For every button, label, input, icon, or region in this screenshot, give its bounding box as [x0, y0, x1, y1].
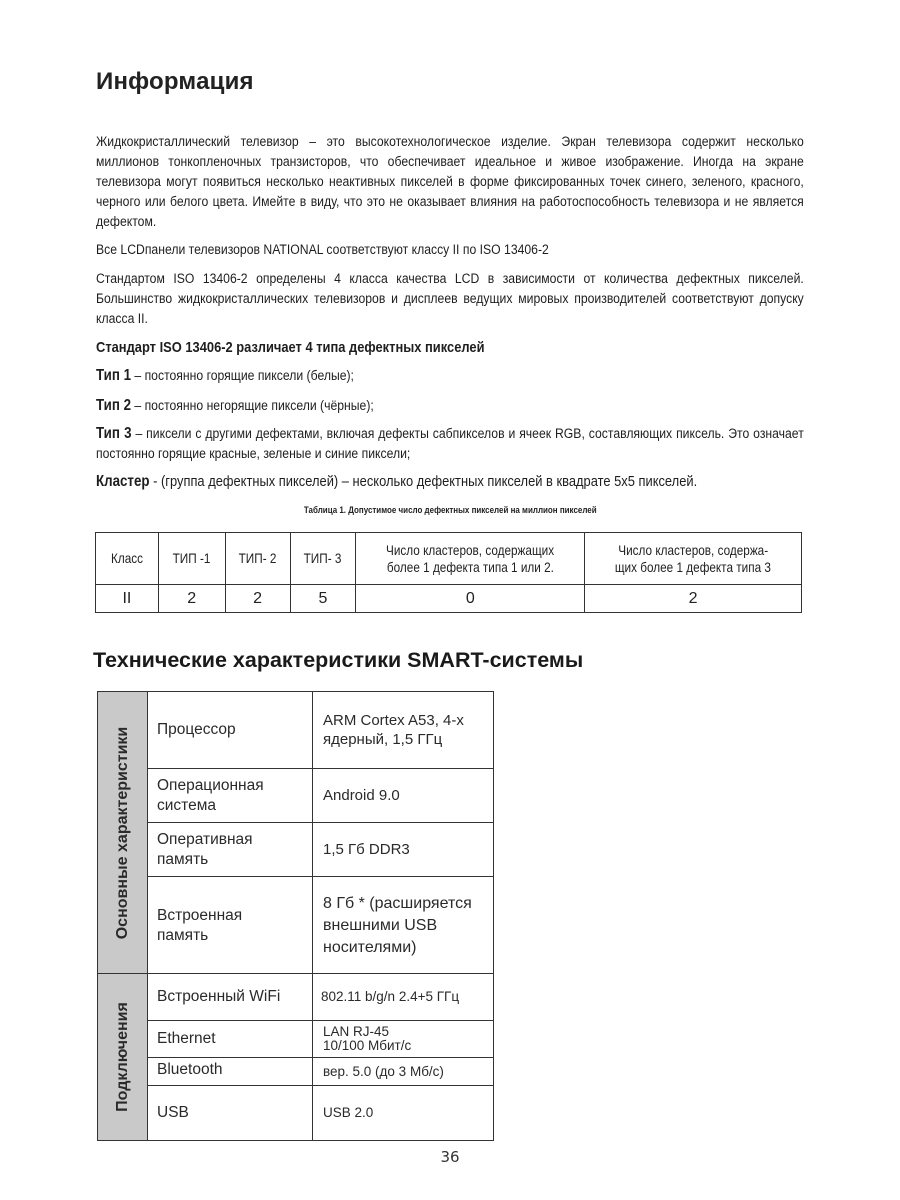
defects-table: Класс ТИП -1 ТИП- 2 ТИП- 3 Число кластер…	[95, 532, 802, 613]
spec-key: Оперативная память	[148, 823, 313, 876]
spec-value: Android 9.0	[313, 769, 493, 822]
spec-group-connections: Подключения Встроенный WiFi 802.11 b/g/n…	[98, 974, 493, 1140]
cluster-text: - (группа дефектных пикселей) – нескольк…	[150, 473, 698, 490]
header-cell: ТИП- 3	[290, 533, 356, 585]
header-cell: ТИП -1	[158, 533, 225, 585]
table-cell: 0	[356, 585, 585, 613]
header-cell: Класс	[96, 533, 159, 585]
spec-key: Встроенный WiFi	[148, 974, 313, 1020]
standard-heading: Стандарт ISO 13406-2 различает 4 типа де…	[96, 338, 804, 358]
table-caption: Таблица 1. Допустимое число дефектных пи…	[0, 505, 900, 516]
table-header-row: Класс ТИП -1 ТИП- 2 ТИП- 3 Число кластер…	[96, 533, 802, 585]
section-title: Технические характеристики SMART-системы	[93, 648, 583, 673]
spec-key: USB	[148, 1086, 313, 1140]
table-cell: 5	[290, 585, 356, 613]
spec-row: Встроенный WiFi 802.11 b/g/n 2.4+5 ГГц	[148, 974, 493, 1021]
cluster-label: Кластер	[96, 473, 150, 490]
spec-value: LAN RJ-45 10/100 Мбит/с	[313, 1021, 493, 1057]
spec-value: вер. 5.0 (до 3 Мб/с)	[313, 1058, 493, 1085]
table-cell: 2	[585, 585, 802, 613]
group-label-cell: Подключения	[98, 974, 148, 1140]
type-2-item: Тип 2 – постоянно негорящие пиксели (чёр…	[96, 396, 804, 416]
header-cell: Число кластеров, содержа- щих более 1 де…	[585, 533, 802, 585]
spec-value: 8 Гб * (расширяется внешними USB носител…	[313, 877, 493, 974]
spec-value: 1,5 Гб DDR3	[313, 823, 493, 876]
standard-paragraph: Стандартом ISO 13406-2 определены 4 клас…	[96, 269, 804, 329]
spec-key: Ethernet	[148, 1021, 313, 1057]
table-row: II 2 2 5 0 2	[96, 585, 802, 613]
type-1-item: Тип 1 – постоянно горящие пиксели (белые…	[96, 366, 804, 386]
header-cell: ТИП- 2	[225, 533, 290, 585]
table-cell: 2	[225, 585, 290, 613]
spec-row: Встроенная память 8 Гб * (расширяется вн…	[148, 877, 493, 974]
type-3-text: – пиксели с другими дефектами, включая д…	[96, 426, 804, 462]
spec-table: Основные характеристики Процессор ARM Co…	[97, 691, 494, 1141]
spec-value: USB 2.0	[313, 1086, 493, 1140]
table-cell: II	[96, 585, 159, 613]
spec-row: USB USB 2.0	[148, 1086, 493, 1140]
table-cell: 2	[158, 585, 225, 613]
spec-row: Bluetooth вер. 5.0 (до 3 Мб/с)	[148, 1058, 493, 1086]
type-3-label: Тип 3	[96, 425, 132, 442]
spec-key: Процессор	[148, 692, 313, 768]
spec-key: Операционная система	[148, 769, 313, 822]
header-cell: Число кластеров, содержащих более 1 дефе…	[356, 533, 585, 585]
type-1-text: – постоянно горящие пиксели (белые);	[134, 368, 354, 384]
spec-key: Bluetooth	[148, 1058, 313, 1085]
type-2-label: Тип 2	[96, 397, 131, 414]
group-label: Основные характеристики	[114, 727, 132, 940]
group-label: Подключения	[114, 1002, 132, 1112]
type-2-text: – постоянно негорящие пиксели (чёрные);	[134, 398, 373, 414]
spec-row: Процессор ARM Cortex A53, 4-х ядерный, 1…	[148, 692, 493, 769]
spec-row: Операционная система Android 9.0	[148, 769, 493, 823]
cluster-item: Кластер - (группа дефектных пикселей) – …	[96, 472, 804, 492]
type-3-item: Тип 3 – пиксели с другими дефектами, вкл…	[96, 424, 804, 464]
intro-paragraph: Жидкокристаллический телевизор – это выс…	[96, 132, 804, 232]
page-number: 36	[0, 1148, 900, 1166]
spec-group-main: Основные характеристики Процессор ARM Co…	[98, 692, 493, 974]
spec-value: 802.11 b/g/n 2.4+5 ГГц	[313, 974, 493, 1020]
spec-row: Оперативная память 1,5 Гб DDR3	[148, 823, 493, 877]
table-caption-text: Таблица 1. Допустимое число дефектных пи…	[304, 505, 597, 516]
spec-key: Встроенная память	[148, 877, 313, 974]
type-1-label: Тип 1	[96, 367, 131, 384]
spec-value: ARM Cortex A53, 4-х ядерный, 1,5 ГГц	[313, 692, 493, 768]
group-label-cell: Основные характеристики	[98, 692, 148, 974]
page-title: Информация	[96, 68, 254, 96]
spec-row: Ethernet LAN RJ-45 10/100 Мбит/с	[148, 1021, 493, 1058]
compliance-paragraph: Все LCDпанели телевизоров NATIONAL соотв…	[96, 240, 804, 260]
